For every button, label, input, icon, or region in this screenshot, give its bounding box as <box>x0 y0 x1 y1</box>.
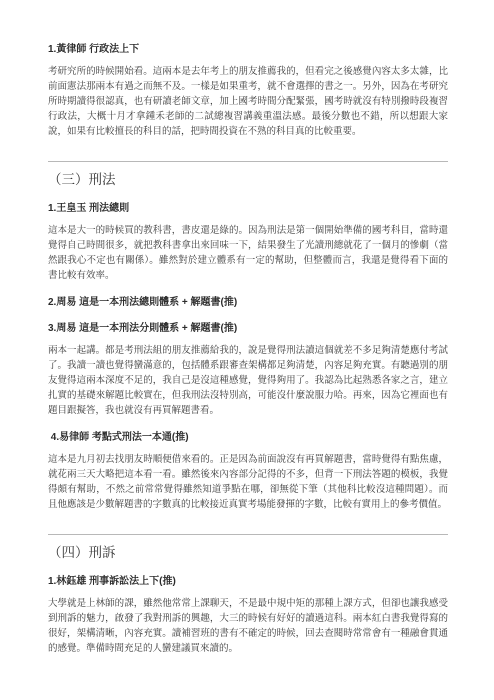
book-review-paragraph: 考研究所的時候開始看。這兩本是去年考上的朋友推薦我的，但看完之後感覺內容太多太雜… <box>48 64 448 139</box>
book-heading-yi-lawyer: 4.易律師 考點式刑法一本通(推) <box>48 431 448 444</box>
book-review-paragraph: 這本是大一的時候買的教科書，書皮還是綠的。因為刑法是第一個開始準備的國考科目，當… <box>48 223 448 283</box>
book-review-paragraph: 兩本一起講。都是考刑法組的朋友推薦給我的，說是覺得刑法讀這個就差不多足夠清楚應付… <box>48 343 448 418</box>
section-divider <box>48 161 448 162</box>
section-title-criminal-law: （三）刑法 <box>48 170 448 189</box>
section-divider <box>48 534 448 535</box>
book-heading-zhouyi-general: 2.周易 這是一本刑法總則體系 + 解題書(推) <box>48 296 448 309</box>
book-review-paragraph: 這本是九月初去找朋友時順便借來看的。正是因為前面說沒有再買解題書，當時覺得有點焦… <box>48 452 448 512</box>
section-title-criminal-procedure: （四）刑訴 <box>48 543 448 562</box>
document-page: 1.黃律師 行政法上下 考研究所的時候開始看。這兩本是去年考上的朋友推薦我的，但… <box>0 0 494 700</box>
book-heading-criminal-general: 1.王皇玉 刑法總則 <box>48 202 448 215</box>
book-heading-admin-law: 1.黃律師 行政法上下 <box>48 43 448 56</box>
book-review-paragraph: 大學就是上林師的課，雖然他常常上課聊天，不是最中規中矩的那種上課方式，但卻也讓我… <box>48 596 448 656</box>
book-heading-zhouyi-specific: 3.周易 這是一本刑法分則體系 + 解題書(推) <box>48 322 448 335</box>
book-heading-criminal-procedure: 1.林鈺雄 刑事訴訟法上下(推) <box>48 575 448 588</box>
